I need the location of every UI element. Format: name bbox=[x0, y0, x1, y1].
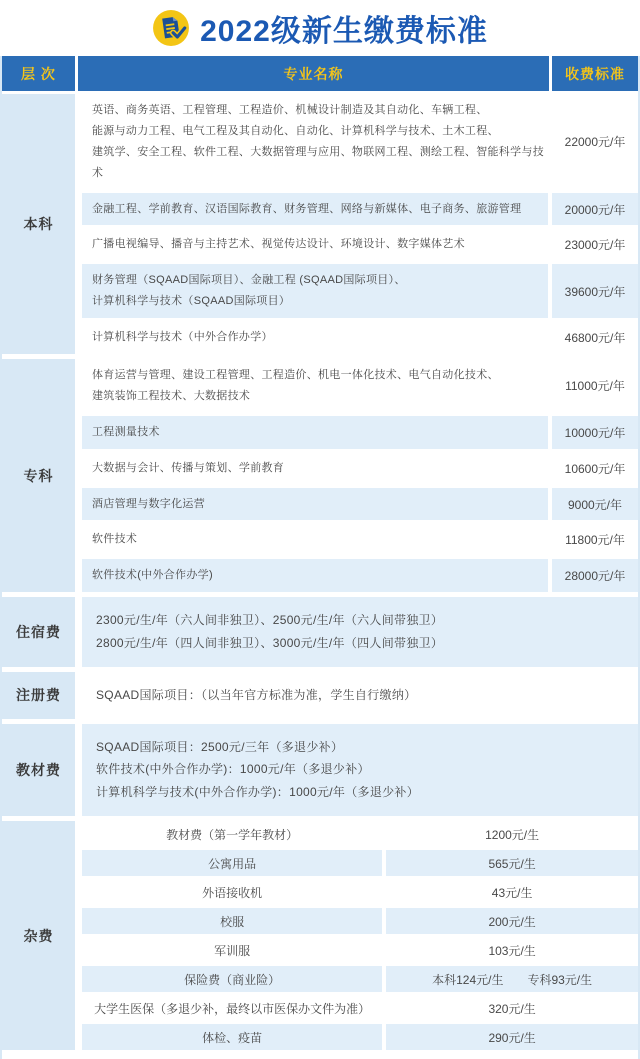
section-label: 注册费 bbox=[2, 672, 75, 719]
section-text: 2300元/生/年（六人间非独卫）、2500元/生/年（六人间带独卫） 2800… bbox=[82, 597, 638, 667]
section-content: 英语、商务英语、工程管理、工程造价、机械设计制造及其自动化、车辆工程、 能源与动… bbox=[82, 94, 638, 354]
majors-cell: 软件技术 bbox=[82, 523, 548, 556]
section-label: 住宿费 bbox=[2, 597, 75, 667]
section-label: 教材费 bbox=[2, 724, 75, 816]
fee-row: 金融工程、学前教育、汉语国际教育、财务管理、网络与新媒体、电子商务、旅游管理20… bbox=[82, 193, 638, 226]
fee-row: 计算机科学与技术（中外合作办学）46800元/年 bbox=[82, 321, 638, 354]
misc-fee-row: 校服200元/生 bbox=[82, 908, 638, 934]
fee-standard-page: 2022级新生缴费标准 层 次 专业名称 收费标准 本科英语、商务英语、工程管理… bbox=[0, 0, 640, 1059]
misc-item-fee: 290元/生 bbox=[386, 1024, 638, 1050]
misc-fee-row: 公寓用品565元/生 bbox=[82, 850, 638, 876]
fee-value: 22000元/年 bbox=[552, 94, 638, 190]
column-header-level: 层 次 bbox=[2, 56, 75, 91]
majors-cell: 酒店管理与数字化运营 bbox=[82, 488, 548, 521]
fee-row: 英语、商务英语、工程管理、工程造价、机械设计制造及其自动化、车辆工程、 能源与动… bbox=[82, 94, 638, 190]
fee-value: 10000元/年 bbox=[552, 416, 638, 449]
fee-row: 大数据与会计、传播与策划、学前教育10600元/年 bbox=[82, 452, 638, 485]
misc-item-name: 校服 bbox=[82, 908, 382, 934]
fee-value: 28000元/年 bbox=[552, 559, 638, 592]
majors-cell: 软件技术(中外合作办学) bbox=[82, 559, 548, 592]
majors-cell: 广播电视编导、播音与主持艺术、视觉传达设计、环境设计、数字媒体艺术 bbox=[82, 228, 548, 261]
majors-cell: 体育运营与管理、建设工程管理、工程造价、机电一体化技术、电气自动化技术、 建筑装… bbox=[82, 359, 548, 413]
fee-value: 20000元/年 bbox=[552, 193, 638, 226]
misc-fee-row: 教材费（第一学年教材）1200元/生 bbox=[82, 821, 638, 847]
section-content: 体育运营与管理、建设工程管理、工程造价、机电一体化技术、电气自动化技术、 建筑装… bbox=[82, 359, 638, 592]
majors-cell: 大数据与会计、传播与策划、学前教育 bbox=[82, 452, 548, 485]
section-1: 专科体育运营与管理、建设工程管理、工程造价、机电一体化技术、电气自动化技术、 建… bbox=[2, 359, 638, 592]
section-content: SQAAD国际项目：2500元/三年（多退少补） 软件技术(中外合作办学)：10… bbox=[82, 724, 638, 816]
misc-fee-row: 外语接收机43元/生 bbox=[82, 879, 638, 905]
majors-cell: 计算机科学与技术（中外合作办学） bbox=[82, 321, 548, 354]
misc-item-fee: 103元/生 bbox=[386, 937, 638, 963]
fee-value: 11000元/年 bbox=[552, 359, 638, 413]
misc-fee-row: 保险费（商业险）本科124元/生 专科93元/生 bbox=[82, 966, 638, 992]
misc-item-fee: 1200元/生 bbox=[386, 821, 638, 847]
majors-cell: 财务管理（SQAAD国际项目）、金融工程 (SQAAD国际项目）、 计算机科学与… bbox=[82, 264, 548, 318]
section-label: 专科 bbox=[2, 359, 75, 592]
majors-cell: 金融工程、学前教育、汉语国际教育、财务管理、网络与新媒体、电子商务、旅游管理 bbox=[82, 193, 548, 226]
section-5: 杂费教材费（第一学年教材）1200元/生公寓用品565元/生外语接收机43元/生… bbox=[2, 821, 638, 1050]
fee-value: 39600元/年 bbox=[552, 264, 638, 318]
fee-value: 9000元/年 bbox=[552, 488, 638, 521]
fee-row: 财务管理（SQAAD国际项目）、金融工程 (SQAAD国际项目）、 计算机科学与… bbox=[82, 264, 638, 318]
section-3: 注册费SQAAD国际项目：（以当年官方标准为准，学生自行缴纳） bbox=[2, 672, 638, 719]
section-content: 教材费（第一学年教材）1200元/生公寓用品565元/生外语接收机43元/生校服… bbox=[82, 821, 638, 1050]
section-text: SQAAD国际项目：（以当年官方标准为准，学生自行缴纳） bbox=[82, 672, 638, 719]
fee-row: 软件技术(中外合作办学)28000元/年 bbox=[82, 559, 638, 592]
fee-row: 广播电视编导、播音与主持艺术、视觉传达设计、环境设计、数字媒体艺术23000元/… bbox=[82, 228, 638, 261]
misc-item-name: 保险费（商业险） bbox=[82, 966, 382, 992]
majors-cell: 英语、商务英语、工程管理、工程造价、机械设计制造及其自动化、车辆工程、 能源与动… bbox=[82, 94, 548, 190]
fee-value: 11800元/年 bbox=[552, 523, 638, 556]
fee-row: 酒店管理与数字化运营9000元/年 bbox=[82, 488, 638, 521]
misc-fee-row: 体检、疫苗290元/生 bbox=[82, 1024, 638, 1050]
misc-item-name: 公寓用品 bbox=[82, 850, 382, 876]
section-label: 本科 bbox=[2, 94, 75, 354]
fee-row: 软件技术11800元/年 bbox=[82, 523, 638, 556]
misc-item-name: 教材费（第一学年教材） bbox=[82, 821, 382, 847]
misc-item-fee: 565元/生 bbox=[386, 850, 638, 876]
fee-value: 23000元/年 bbox=[552, 228, 638, 261]
column-header-fee: 收费标准 bbox=[552, 56, 638, 91]
fee-value: 46800元/年 bbox=[552, 321, 638, 354]
section-content: 2300元/生/年（六人间非独卫）、2500元/生/年（六人间带独卫） 2800… bbox=[82, 597, 638, 667]
section-2: 住宿费2300元/生/年（六人间非独卫）、2500元/生/年（六人间带独卫） 2… bbox=[2, 597, 638, 667]
majors-cell: 工程测量技术 bbox=[82, 416, 548, 449]
column-header-major: 专业名称 bbox=[78, 56, 549, 91]
section-text: SQAAD国际项目：2500元/三年（多退少补） 软件技术(中外合作办学)：10… bbox=[82, 724, 638, 816]
table-header-row: 层 次 专业名称 收费标准 bbox=[2, 56, 638, 91]
misc-item-name: 体检、疫苗 bbox=[82, 1024, 382, 1050]
misc-item-name: 军训服 bbox=[82, 937, 382, 963]
misc-item-fee: 200元/生 bbox=[386, 908, 638, 934]
misc-item-name: 外语接收机 bbox=[82, 879, 382, 905]
section-4: 教材费SQAAD国际项目：2500元/三年（多退少补） 软件技术(中外合作办学)… bbox=[2, 724, 638, 816]
misc-item-fee: 320元/生 bbox=[386, 995, 638, 1021]
page-title: 2022级新生缴费标准 bbox=[200, 6, 488, 50]
fee-row: 体育运营与管理、建设工程管理、工程造价、机电一体化技术、电气自动化技术、 建筑装… bbox=[82, 359, 638, 413]
misc-fee-row: 军训服103元/生 bbox=[82, 937, 638, 963]
misc-fee-row: 大学生医保（多退少补，最终以市医保办文件为准）320元/生 bbox=[82, 995, 638, 1021]
fee-table: 层 次 专业名称 收费标准 本科英语、商务英语、工程管理、工程造价、机械设计制造… bbox=[0, 56, 640, 1059]
fee-value: 10600元/年 bbox=[552, 452, 638, 485]
misc-item-fee: 43元/生 bbox=[386, 879, 638, 905]
misc-item-name: 大学生医保（多退少补，最终以市医保办文件为准） bbox=[82, 995, 382, 1021]
section-label: 杂费 bbox=[2, 821, 75, 1050]
section-0: 本科英语、商务英语、工程管理、工程造价、机械设计制造及其自动化、车辆工程、 能源… bbox=[2, 94, 638, 354]
document-check-icon bbox=[152, 9, 190, 47]
fee-row: 工程测量技术10000元/年 bbox=[82, 416, 638, 449]
page-header: 2022级新生缴费标准 bbox=[0, 0, 640, 56]
misc-item-fee: 本科124元/生 专科93元/生 bbox=[386, 966, 638, 992]
table-body: 本科英语、商务英语、工程管理、工程造价、机械设计制造及其自动化、车辆工程、 能源… bbox=[2, 94, 638, 1050]
section-content: SQAAD国际项目：（以当年官方标准为准，学生自行缴纳） bbox=[82, 672, 638, 719]
